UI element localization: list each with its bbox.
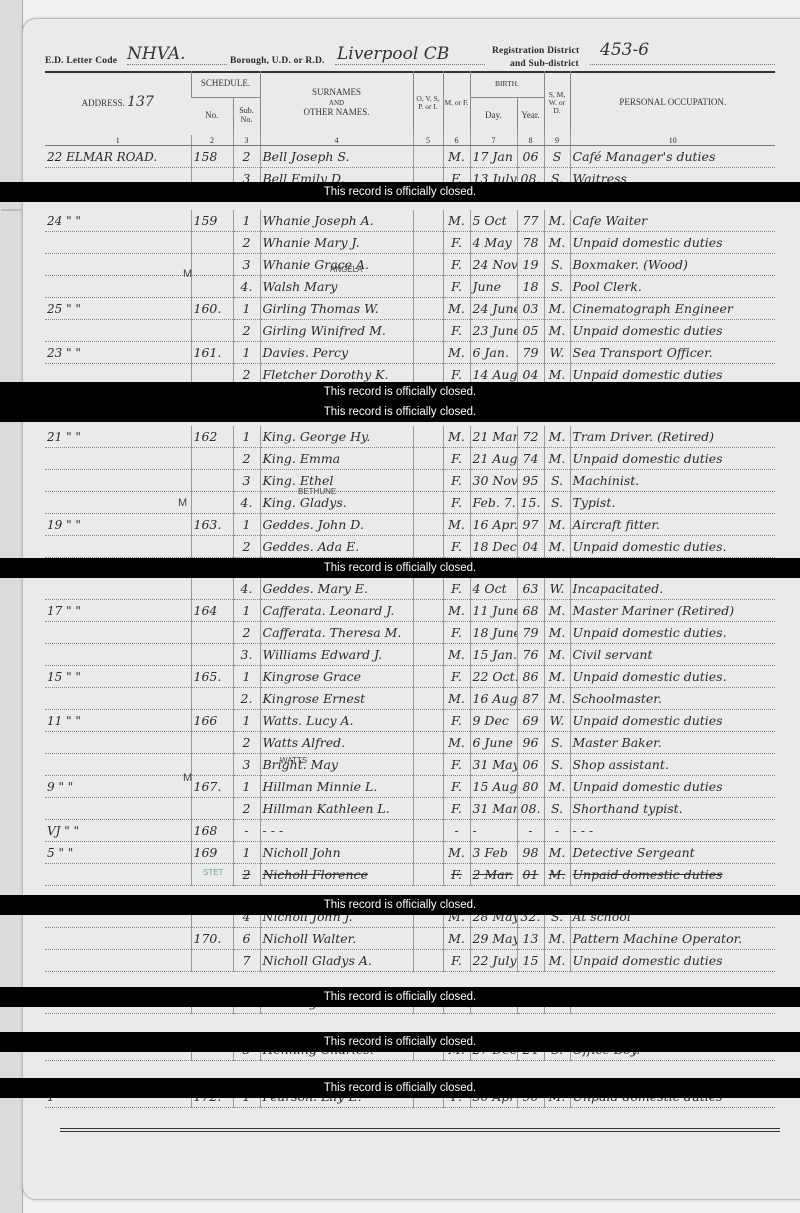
ovspi-cell <box>413 232 443 254</box>
sub-cell: 1 <box>233 710 260 732</box>
sched-cell: 162 <box>191 426 233 448</box>
occupation-cell: Unpaid domestic duties. <box>570 622 775 644</box>
sex-cell: M. <box>443 298 470 320</box>
address-cell <box>45 732 191 754</box>
address-cell: 17 " " <box>45 600 191 622</box>
ovspi-cell <box>413 254 443 276</box>
sched-cell: 166 <box>191 710 233 732</box>
sub-cell: 2. <box>233 688 260 710</box>
sched-cell: 169 <box>191 842 233 864</box>
occupation-cell: Unpaid domestic duties <box>570 320 775 342</box>
ovspi-cell <box>413 342 443 364</box>
sub-cell: 2 <box>233 732 260 754</box>
status-cell: M. <box>544 666 570 688</box>
sub-cell: 1 <box>233 210 260 232</box>
day-cell: 4 May <box>470 232 517 254</box>
sched-cell: 163. <box>191 514 233 536</box>
status-cell: S. <box>544 732 570 754</box>
reg-district-value: 453-6 <box>600 40 649 60</box>
sub-cell: 1 <box>233 600 260 622</box>
day-cell: 15 Jan. <box>470 644 517 666</box>
status-cell: S. <box>544 754 570 776</box>
annotation-watts: WATTS <box>280 756 307 765</box>
census-row: 2Girling Winifred M.F.23 June05M.Unpaid … <box>45 320 775 342</box>
name-cell: Kingrose Ernest <box>260 688 413 710</box>
sub-cell: 1 <box>233 426 260 448</box>
sex-cell: F. <box>443 864 470 886</box>
sex-cell: F. <box>443 710 470 732</box>
sched-cell: 170. <box>191 928 233 950</box>
ovspi-cell <box>413 448 443 470</box>
sched-cell <box>191 448 233 470</box>
day-cell: 24 June <box>470 298 517 320</box>
ovspi-cell <box>413 710 443 732</box>
sex-cell: F. <box>443 470 470 492</box>
census-row: 7Nicholl Gladys A.F.22 July15M.Unpaid do… <box>45 950 775 972</box>
bottom-rule <box>60 1131 780 1132</box>
sub-cell: 4. <box>233 492 260 514</box>
census-row: 17 " "1641Cafferata. Leonard J.M.11 June… <box>45 600 775 622</box>
year-cell: 72 <box>517 426 544 448</box>
census-row: 3King. EthelF.30 Nov.95S.Machinist. <box>45 470 775 492</box>
occupation-cell: Detective Sergeant <box>570 842 775 864</box>
ovspi-cell <box>413 426 443 448</box>
year-cell: 15. <box>517 492 544 514</box>
sub-cell: 3 <box>233 754 260 776</box>
sub-cell: 4. <box>233 578 260 600</box>
day-cell: 3 Feb <box>470 842 517 864</box>
census-row: 23 " "161.1Davies. PercyM.6 Jan.79W.Sea … <box>45 342 775 364</box>
census-row: 9 " "167.1Hillman Minnie L.F.15 Aug.80M.… <box>45 776 775 798</box>
status-cell: M. <box>544 210 570 232</box>
borough-label: Borough, U.D. or R.D. <box>230 56 325 66</box>
status-cell: M. <box>544 928 570 950</box>
ovspi-cell <box>413 754 443 776</box>
ovspi-cell <box>413 298 443 320</box>
status-cell: M. <box>544 320 570 342</box>
address-cell: 22 ELMAR ROAD. <box>45 146 191 168</box>
address-cell: 5 " " <box>45 842 191 864</box>
sched-cell <box>191 470 233 492</box>
census-row: 4.Geddes. Mary E.F.4 Oct63W.Incapacitate… <box>45 578 775 600</box>
sched-cell <box>191 622 233 644</box>
status-cell: W. <box>544 710 570 732</box>
closed-record-banner: This record is officially closed. <box>0 895 800 915</box>
address-cell: 23 " " <box>45 342 191 364</box>
status-cell: S <box>544 146 570 168</box>
address-cell: 15 " " <box>45 666 191 688</box>
sched-cell <box>191 536 233 558</box>
annotation-m1: M <box>183 268 192 280</box>
sched-cell <box>191 578 233 600</box>
address-cell <box>45 622 191 644</box>
annotation-m2: M <box>178 497 187 509</box>
year-cell: - <box>517 820 544 842</box>
occupation-cell: Cinematograph Engineer <box>570 298 775 320</box>
page-header: E.D. Letter Code NHVA. Borough, U.D. or … <box>45 40 785 70</box>
col-marital: S, M, W. or D. <box>544 71 570 135</box>
column-number-row: 12345678910 <box>45 135 775 146</box>
name-cell: Hillman Minnie L. <box>260 776 413 798</box>
sub-cell: 2 <box>233 320 260 342</box>
address-cell <box>45 536 191 558</box>
col-names: SURNAMESANDOTHER NAMES. <box>260 71 413 135</box>
address-cell <box>45 754 191 776</box>
ovspi-cell <box>413 492 443 514</box>
sched-cell <box>191 732 233 754</box>
year-cell: 19 <box>517 254 544 276</box>
name-cell: King. Gladys. <box>260 492 413 514</box>
sub-cell: 2 <box>233 232 260 254</box>
name-cell: Girling Thomas W. <box>260 298 413 320</box>
ovspi-cell <box>413 820 443 842</box>
occupation-cell: Unpaid domestic duties <box>570 232 775 254</box>
year-cell: 86 <box>517 666 544 688</box>
status-cell: M. <box>544 842 570 864</box>
sub-cell: 4. <box>233 276 260 298</box>
sex-cell: - <box>443 820 470 842</box>
year-cell: 87 <box>517 688 544 710</box>
ovspi-cell <box>413 688 443 710</box>
year-cell: 06 <box>517 146 544 168</box>
sex-cell: F. <box>443 320 470 342</box>
annotation-bethune: BETHUNE <box>298 487 336 496</box>
sched-cell: 167. <box>191 776 233 798</box>
day-cell: 31 Mar. <box>470 798 517 820</box>
day-cell: 11 June <box>470 600 517 622</box>
sched-cell: 164 <box>191 600 233 622</box>
day-cell: 22 Oct. <box>470 666 517 688</box>
name-cell: Nicholl Walter. <box>260 928 413 950</box>
sex-cell: F. <box>443 578 470 600</box>
census-row: 22 ELMAR ROAD.1582Bell Joseph S.M.17 Jan… <box>45 146 775 168</box>
status-cell: M. <box>544 448 570 470</box>
status-cell: M. <box>544 776 570 798</box>
census-row: 24 " "1591Whanie Joseph A.M.5 Oct77M.Caf… <box>45 210 775 232</box>
year-cell: 96 <box>517 732 544 754</box>
sex-cell: F. <box>443 666 470 688</box>
day-cell: 16 Aug. <box>470 688 517 710</box>
year-cell: 18 <box>517 276 544 298</box>
sub-cell: 2 <box>233 448 260 470</box>
occupation-cell: Aircraft fitter. <box>570 514 775 536</box>
day-cell: 18 June <box>470 622 517 644</box>
name-cell: King. Emma <box>260 448 413 470</box>
status-cell: M. <box>544 232 570 254</box>
day-cell: 21 Aug. <box>470 448 517 470</box>
sub-cell: 1 <box>233 298 260 320</box>
day-cell: 31 May <box>470 754 517 776</box>
occupation-cell: Master Baker. <box>570 732 775 754</box>
ovspi-cell <box>413 536 443 558</box>
closed-record-banner: This record is officially closed. <box>0 987 800 1007</box>
annotation-angela: ANGELA <box>330 265 362 274</box>
address-cell <box>45 492 191 514</box>
sched-cell <box>191 644 233 666</box>
sex-cell: M. <box>443 644 470 666</box>
occupation-cell: Unpaid domestic duties <box>570 448 775 470</box>
sex-cell: F. <box>443 950 470 972</box>
year-cell: 77 <box>517 210 544 232</box>
census-row: 25 " "160.1Girling Thomas W.M.24 June03M… <box>45 298 775 320</box>
census-row: VJ " "168-- - ------ - - <box>45 820 775 842</box>
ovspi-cell <box>413 842 443 864</box>
ovspi-cell <box>413 666 443 688</box>
address-cell <box>45 448 191 470</box>
day-cell: 17 Jan <box>470 146 517 168</box>
ed-letter-code-label: E.D. Letter Code <box>45 56 117 66</box>
name-cell: Kingrose Grace <box>260 666 413 688</box>
annotation-stet: STET <box>203 868 223 877</box>
name-cell: Nicholl Florence <box>260 864 413 886</box>
sex-cell: F. <box>443 776 470 798</box>
name-cell: Bell Joseph S. <box>260 146 413 168</box>
year-cell: 01 <box>517 864 544 886</box>
year-cell: 63 <box>517 578 544 600</box>
status-cell: M. <box>544 864 570 886</box>
census-row: 5 " "1691Nicholl JohnM.3 Feb98M.Detectiv… <box>45 842 775 864</box>
occupation-cell: Master Mariner (Retired) <box>570 600 775 622</box>
sex-cell: F. <box>443 798 470 820</box>
address-cell <box>45 798 191 820</box>
status-cell: S. <box>544 492 570 514</box>
day-cell: 29 May <box>470 928 517 950</box>
occupation-cell: Unpaid domestic duties. <box>570 536 775 558</box>
year-cell: 15 <box>517 950 544 972</box>
sched-cell <box>191 754 233 776</box>
day-cell: 24 Nov. <box>470 254 517 276</box>
census-row: 21 " "1621King. George Hy.M.21 Mar.72M.T… <box>45 426 775 448</box>
sched-cell <box>191 798 233 820</box>
sex-cell: F. <box>443 232 470 254</box>
sex-cell: F. <box>443 254 470 276</box>
name-cell: Nicholl Gladys A. <box>260 950 413 972</box>
status-cell: M. <box>544 426 570 448</box>
status-cell: M. <box>544 644 570 666</box>
occupation-cell: Shorthand typist. <box>570 798 775 820</box>
status-cell: W. <box>544 578 570 600</box>
occupation-cell: Incapacitated. <box>570 578 775 600</box>
ovspi-cell <box>413 798 443 820</box>
col-ovspi: O, V, S, P. or I. <box>413 71 443 135</box>
day-cell: 4 Oct <box>470 578 517 600</box>
occupation-cell: - - - <box>570 820 775 842</box>
sub-cell: 3. <box>233 644 260 666</box>
column-headers: ADDRESS. 137 SCHEDULE. SURNAMESANDOTHER … <box>45 71 775 135</box>
ovspi-cell <box>413 578 443 600</box>
address-cell <box>45 644 191 666</box>
name-cell: Nicholl John <box>260 842 413 864</box>
census-row: 3Whanie Grace A.F.24 Nov.19S.Boxmaker. (… <box>45 254 775 276</box>
address-cell: 24 " " <box>45 210 191 232</box>
occupation-cell: Sea Transport Officer. <box>570 342 775 364</box>
name-cell: Watts. Lucy A. <box>260 710 413 732</box>
occupation-cell: Unpaid domestic duties <box>570 710 775 732</box>
address-cell <box>45 254 191 276</box>
ovspi-cell <box>413 622 443 644</box>
status-cell: M. <box>544 536 570 558</box>
census-row: 15 " "165.1Kingrose GraceF.22 Oct.86M.Un… <box>45 666 775 688</box>
status-cell: M. <box>544 298 570 320</box>
name-cell: Geddes. Ada E. <box>260 536 413 558</box>
year-cell: 76 <box>517 644 544 666</box>
year-cell: 98 <box>517 842 544 864</box>
col-sex: M. or F. <box>443 71 470 135</box>
address-cell <box>45 864 191 886</box>
sex-cell: F. <box>443 276 470 298</box>
sex-cell: M. <box>443 342 470 364</box>
ovspi-cell <box>413 514 443 536</box>
sex-cell: F. <box>443 622 470 644</box>
year-cell: 78 <box>517 232 544 254</box>
name-cell: Whanie Joseph A. <box>260 210 413 232</box>
sub-cell: 2 <box>233 864 260 886</box>
sex-cell: M. <box>443 842 470 864</box>
sex-cell: F. <box>443 754 470 776</box>
day-cell: 9 Dec <box>470 710 517 732</box>
name-cell: Watts Alfred. <box>260 732 413 754</box>
occupation-cell: Shop assistant. <box>570 754 775 776</box>
address-cell: VJ " " <box>45 820 191 842</box>
sub-cell: 1 <box>233 842 260 864</box>
ovspi-cell <box>413 928 443 950</box>
year-cell: 74 <box>517 448 544 470</box>
sub-cell: 2 <box>233 798 260 820</box>
ovspi-cell <box>413 950 443 972</box>
ovspi-cell <box>413 276 443 298</box>
sub-cell: - <box>233 820 260 842</box>
year-cell: 97 <box>517 514 544 536</box>
annotation-m3: M <box>183 772 192 784</box>
status-cell: S. <box>544 798 570 820</box>
occupation-cell: Unpaid domestic duties <box>570 776 775 798</box>
address-cell <box>45 470 191 492</box>
day-cell: 22 July <box>470 950 517 972</box>
address-cell <box>45 276 191 298</box>
status-cell: - <box>544 820 570 842</box>
census-row: 11 " "1661Watts. Lucy A.F.9 Dec69W.Unpai… <box>45 710 775 732</box>
occupation-cell: Unpaid domestic duties. <box>570 666 775 688</box>
occupation-cell: Unpaid domestic duties <box>570 950 775 972</box>
sched-cell: 160. <box>191 298 233 320</box>
census-row: 4.King. Gladys.F.Feb. 7.15.S.Typist. <box>45 492 775 514</box>
sub-cell: 3 <box>233 470 260 492</box>
address-cell: 9 " " <box>45 776 191 798</box>
name-cell: Davies. Percy <box>260 342 413 364</box>
sub-cell: 7 <box>233 950 260 972</box>
ovspi-cell <box>413 320 443 342</box>
ovspi-cell <box>413 776 443 798</box>
sex-cell: F. <box>443 448 470 470</box>
occupation-cell: Café Manager's duties <box>570 146 775 168</box>
address-cell <box>45 232 191 254</box>
census-row: 19 " "163.1Geddes. John D.M.16 Apr.97M.A… <box>45 514 775 536</box>
closed-record-banner: This record is officially closed. <box>0 1032 800 1052</box>
day-cell: 23 June <box>470 320 517 342</box>
sex-cell: M. <box>443 514 470 536</box>
closed-record-banner: This record is officially closed. <box>0 558 800 578</box>
ovspi-cell <box>413 732 443 754</box>
day-cell: 30 Nov. <box>470 470 517 492</box>
name-cell: King. George Hy. <box>260 426 413 448</box>
occupation-cell: Schoolmaster. <box>570 688 775 710</box>
address-cell: 25 " " <box>45 298 191 320</box>
col-birth-day: Day. <box>470 97 517 135</box>
name-cell: Cafferata. Leonard J. <box>260 600 413 622</box>
sex-cell: M. <box>443 210 470 232</box>
ed-letter-code: NHVA. <box>127 44 186 64</box>
sub-cell: 1 <box>233 666 260 688</box>
day-cell: June <box>470 276 517 298</box>
census-row: 2.Kingrose ErnestM.16 Aug.87M.Schoolmast… <box>45 688 775 710</box>
name-cell: Geddes. John D. <box>260 514 413 536</box>
sex-cell: M. <box>443 600 470 622</box>
status-cell: S. <box>544 276 570 298</box>
ovspi-cell <box>413 644 443 666</box>
census-row: 2Nicholl FlorenceF.2 Mar.01M.Unpaid dome… <box>45 864 775 886</box>
status-cell: S. <box>544 254 570 276</box>
day-cell: 18 Dec <box>470 536 517 558</box>
year-cell: 05 <box>517 320 544 342</box>
sched-cell: 159 <box>191 210 233 232</box>
status-cell: M. <box>544 600 570 622</box>
census-row: 2Whanie Mary J.F.4 May78M.Unpaid domesti… <box>45 232 775 254</box>
closed-record-banner: This record is officially closed. <box>0 402 800 422</box>
name-cell: - - - <box>260 820 413 842</box>
status-cell: S. <box>544 470 570 492</box>
year-cell: 79 <box>517 622 544 644</box>
census-row: 2Cafferata. Theresa M.F.18 June79M.Unpai… <box>45 622 775 644</box>
col-schedule-sub: Sub. No. <box>233 97 260 135</box>
year-cell: 95 <box>517 470 544 492</box>
day-cell: 6 June <box>470 732 517 754</box>
status-cell: M. <box>544 950 570 972</box>
day-cell: 16 Apr. <box>470 514 517 536</box>
occupation-cell: Typist. <box>570 492 775 514</box>
address-cell: 19 " " <box>45 514 191 536</box>
sched-cell <box>191 492 233 514</box>
address-cell <box>45 578 191 600</box>
closed-record-banner: This record is officially closed. <box>0 1078 800 1098</box>
census-row: 2Hillman Kathleen L.F.31 Mar.08.S.Shorth… <box>45 798 775 820</box>
day-cell: 2 Mar. <box>470 864 517 886</box>
census-row: 2Geddes. Ada E.F.18 Dec04M.Unpaid domest… <box>45 536 775 558</box>
name-cell: Girling Winifred M. <box>260 320 413 342</box>
day-cell: 15 Aug. <box>470 776 517 798</box>
status-cell: M. <box>544 514 570 536</box>
sched-cell <box>191 276 233 298</box>
name-cell: Cafferata. Theresa M. <box>260 622 413 644</box>
address-cell: 11 " " <box>45 710 191 732</box>
name-cell: Hillman Kathleen L. <box>260 798 413 820</box>
census-row: 4.Walsh MaryF.June18S.Pool Clerk. <box>45 276 775 298</box>
sched-cell: 158 <box>191 146 233 168</box>
occupation-cell: Tram Driver. (Retired) <box>570 426 775 448</box>
sub-cell: 1 <box>233 342 260 364</box>
sub-cell: 1 <box>233 776 260 798</box>
col-birth: BIRTH. <box>470 71 544 97</box>
year-cell: 04 <box>517 536 544 558</box>
address-cell: 21 " " <box>45 426 191 448</box>
sub-cell: 2 <box>233 622 260 644</box>
sub-cell: 3 <box>233 254 260 276</box>
census-row: 170.6Nicholl Walter.M.29 May13M.Pattern … <box>45 928 775 950</box>
reg-district-label: Registration District <box>492 46 579 56</box>
sub-cell: 2 <box>233 146 260 168</box>
closed-record-banner: This record is officially closed. <box>0 382 800 402</box>
sex-cell: M. <box>443 146 470 168</box>
day-cell: Feb. 7. <box>470 492 517 514</box>
